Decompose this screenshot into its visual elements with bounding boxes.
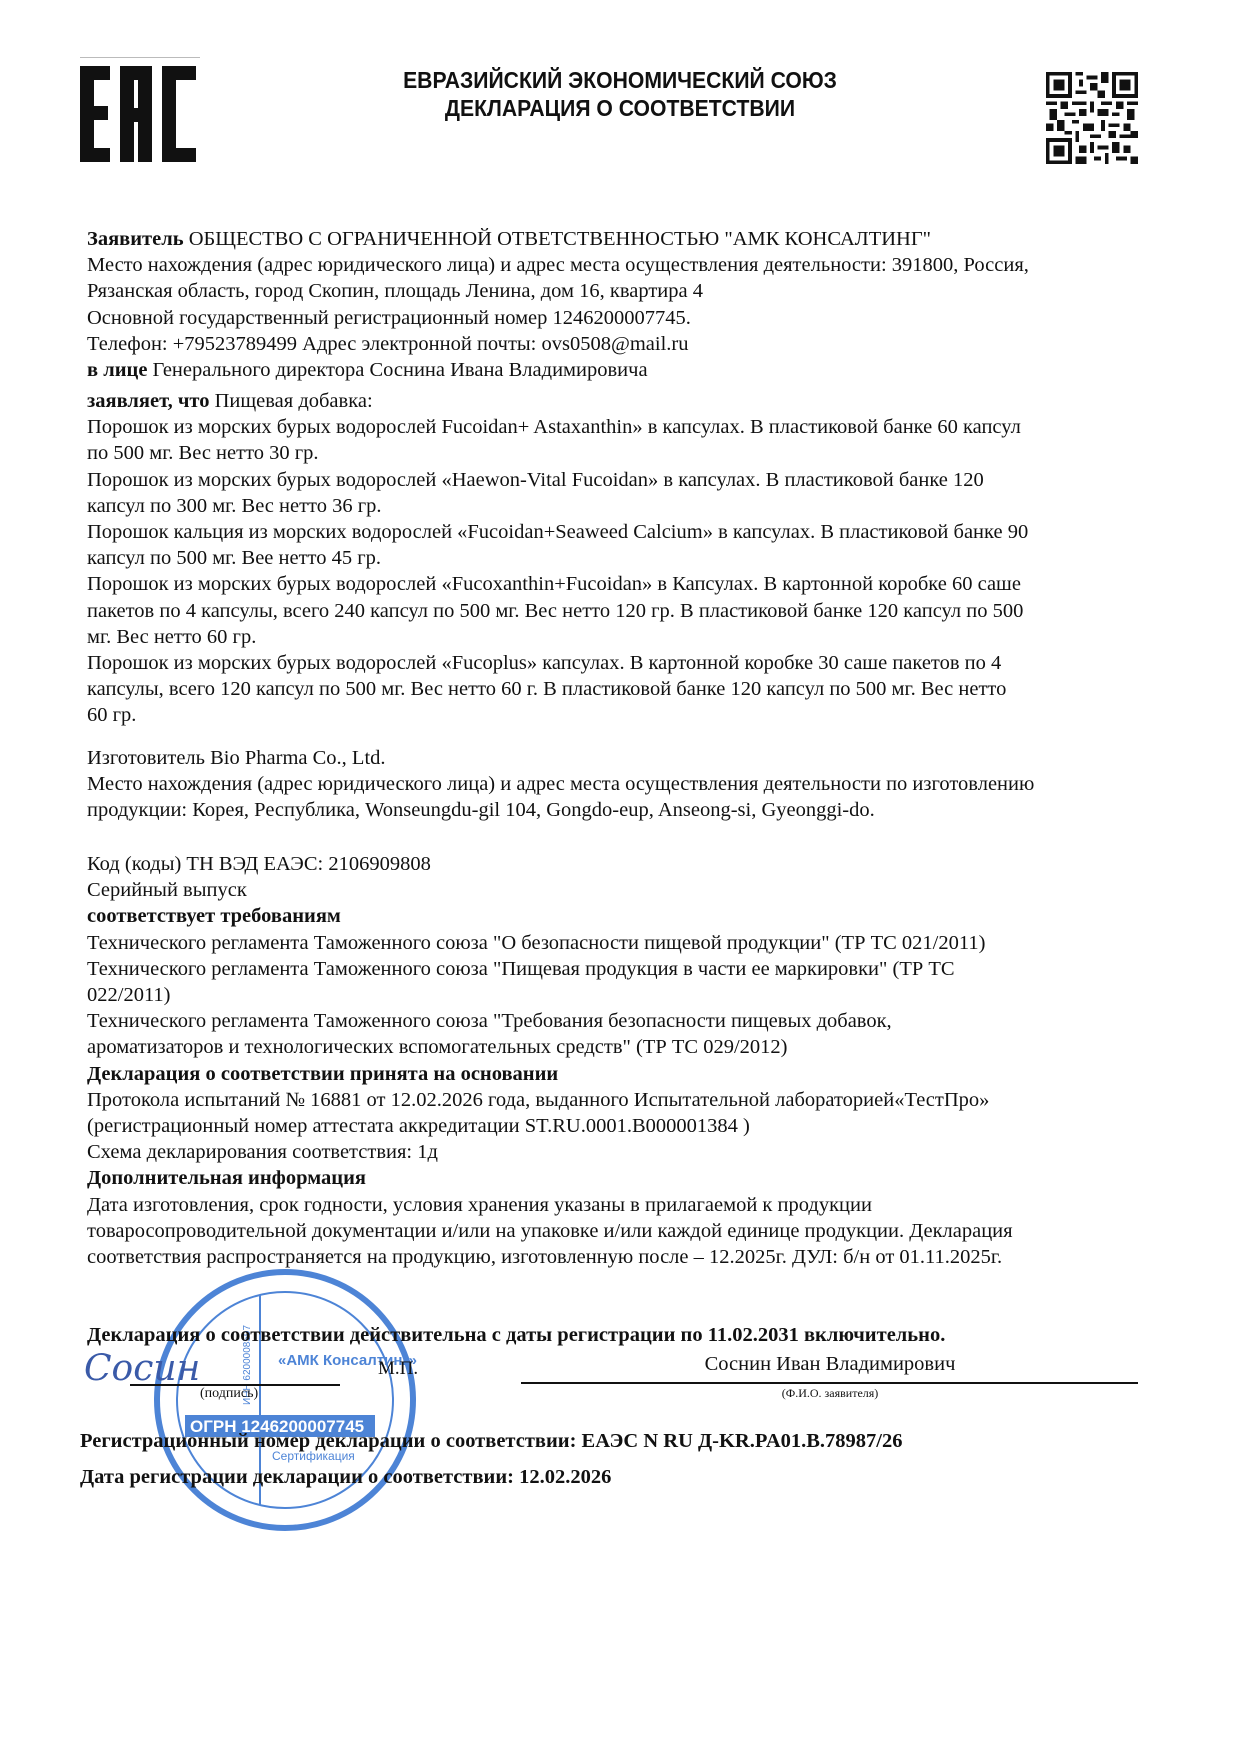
product-type: Пищевая добавка: xyxy=(209,390,372,412)
qr-code-icon[interactable] xyxy=(1046,72,1138,164)
registration-date: Дата регистрации декларации о соответств… xyxy=(80,1459,903,1495)
registration-number: Регистрационный номер декларации о соотв… xyxy=(80,1423,903,1459)
seal-label: М.П. xyxy=(378,1358,418,1380)
requirement-line: Технического регламента Таможенного союз… xyxy=(87,1008,1167,1034)
applicant-line: Заявитель ОБЩЕСТВО С ОГРАНИЧЕННОЙ ОТВЕТС… xyxy=(87,226,1167,252)
product-2-line-1: Порошок из морских бурых водорослей «Hae… xyxy=(87,467,1167,493)
represented-by: Генерального директора Соснина Ивана Вла… xyxy=(147,359,647,381)
applicant-name: ОБЩЕСТВО С ОГРАНИЧЕННОЙ ОТВЕТСТВЕННОСТЬЮ… xyxy=(184,228,931,250)
release-type: Серийный выпуск xyxy=(87,877,1167,903)
basis-line: (регистрационный номер аттестата аккреди… xyxy=(87,1113,1167,1139)
codes-section: Код (коды) ТН ВЭД ЕАЭС: 2106909808 Серий… xyxy=(87,851,1167,1270)
declares-label: заявляет, что xyxy=(87,390,209,412)
requirements-label: соответствует требованиям xyxy=(87,903,1167,929)
handwritten-signature: Сосин xyxy=(84,1348,200,1389)
product-3-line-2: капсул по 500 мг. Вее нетто 45 гр. xyxy=(87,545,1167,571)
applicant-label: Заявитель xyxy=(87,228,184,250)
additional-line: Дата изготовления, срок годности, услови… xyxy=(87,1192,1167,1218)
product-5-line-1: Порошок из морских бурых водорослей «Fuc… xyxy=(87,650,1167,676)
applicant-address-2: Рязанская область, город Скопин, площадь… xyxy=(87,278,1167,304)
product-3-line-1: Порошок кальция из морских водорослей «F… xyxy=(87,519,1167,545)
manufacturer-name: Изготовитель Bio Pharma Co., Ltd. xyxy=(87,745,1167,771)
declares-line: заявляет, что Пищевая добавка: xyxy=(87,388,1167,414)
applicant-ogrn: Основной государственный регистрационный… xyxy=(87,305,1167,331)
requirement-line: ароматизаторов и технологических вспомог… xyxy=(87,1034,1167,1060)
product-5-line-3: 60 гр. xyxy=(87,702,1167,728)
applicant-section: Заявитель ОБЩЕСТВО С ОГРАНИЧЕННОЙ ОТВЕТС… xyxy=(87,226,1167,383)
additional-line: товаросопроводительной документации и/ил… xyxy=(87,1218,1167,1244)
manufacturer-address-1: Место нахождения (адрес юридического лиц… xyxy=(87,771,1167,797)
basis-label: Декларация о соответствии принята на осн… xyxy=(87,1061,1167,1087)
eac-logo-icon xyxy=(80,66,196,162)
signer-caption: (Ф.И.О. заявителя) xyxy=(520,1386,1140,1401)
document-title: ЕВРАЗИЙСКИЙ ЭКОНОМИЧЕСКИЙ СОЮЗ ДЕКЛАРАЦИ… xyxy=(326,66,915,122)
requirement-line: Технического регламента Таможенного союз… xyxy=(87,956,1167,982)
signer-line xyxy=(521,1382,1138,1384)
title-declaration: ДЕКЛАРАЦИЯ О СООТВЕТСТВИИ xyxy=(326,94,915,122)
signer-name: Соснин Иван Владимирович xyxy=(520,1353,1140,1376)
manufacturer-section: Изготовитель Bio Pharma Co., Ltd. Место … xyxy=(87,745,1167,824)
product-2-line-2: капсул по 300 мг. Вес нетто 36 гр. xyxy=(87,493,1167,519)
declaration-section: заявляет, что Пищевая добавка: Порошок и… xyxy=(87,388,1167,729)
applicant-contacts: Телефон: +79523789499 Адрес электронной … xyxy=(87,331,1167,357)
requirement-line: Технического регламента Таможенного союз… xyxy=(87,930,1167,956)
product-4-line-1: Порошок из морских бурых водорослей «Fuc… xyxy=(87,571,1167,597)
header-rule xyxy=(80,57,200,58)
product-5-line-2: капсулы, всего 120 капсул по 500 мг. Вес… xyxy=(87,676,1167,702)
basis-line: Протокола испытаний № 16881 от 12.02.202… xyxy=(87,1087,1167,1113)
tnved-code: Код (коды) ТН ВЭД ЕАЭС: 2106909808 xyxy=(87,851,1167,877)
product-1-line-2: по 500 мг. Вес нетто 30 гр. xyxy=(87,440,1167,466)
product-4-line-3: мг. Вес нетто 60 гр. xyxy=(87,624,1167,650)
manufacturer-address-2: продукции: Корея, Республика, Wonseungdu… xyxy=(87,797,1167,823)
requirement-line: 022/2011) xyxy=(87,982,1167,1008)
product-4-line-2: пакетов по 4 капсулы, всего 240 капсул п… xyxy=(87,598,1167,624)
title-union: ЕВРАЗИЙСКИЙ ЭКОНОМИЧЕСКИЙ СОЮЗ xyxy=(326,66,915,94)
product-1-line-1: Порошок из морских бурых водорослей Fuco… xyxy=(87,414,1167,440)
signature-caption: (подпись) xyxy=(200,1386,258,1402)
validity-statement: Декларация о соответствии действительна … xyxy=(87,1322,1167,1348)
registration-section: Регистрационный номер декларации о соотв… xyxy=(80,1423,903,1495)
validity-section: Декларация о соответствии действительна … xyxy=(87,1322,1167,1348)
basis-line: Схема декларирования соответствия: 1д xyxy=(87,1139,1167,1165)
represented-line: в лице Генерального директора Соснина Ив… xyxy=(87,357,1167,383)
represented-label: в лице xyxy=(87,359,147,381)
additional-label: Дополнительная информация xyxy=(87,1165,1167,1191)
applicant-address-1: Место нахождения (адрес юридического лиц… xyxy=(87,252,1167,278)
